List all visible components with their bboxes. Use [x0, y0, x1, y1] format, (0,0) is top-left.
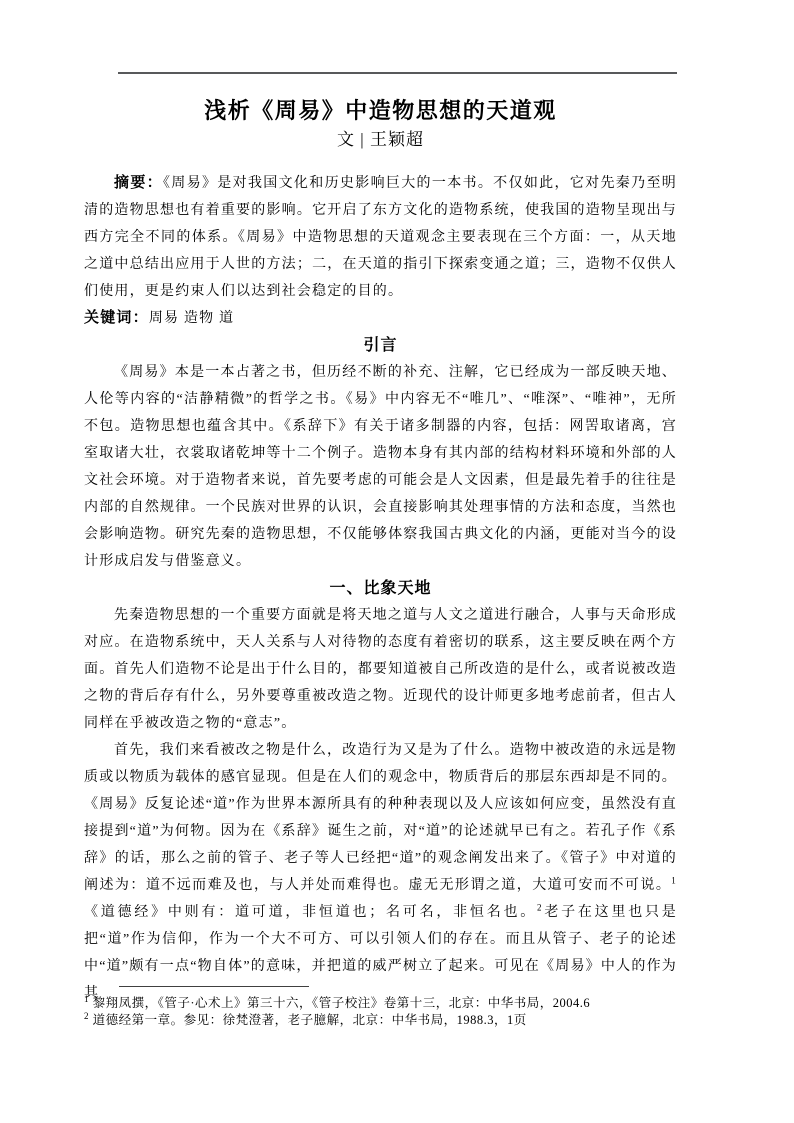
abstract-paragraph: 摘要：《周易》是对我国文化和历史影响巨大的一本书。不仅如此，它对先秦乃至明清的造…: [84, 170, 677, 305]
footnote-item: 2 道德经第一章。参见：徐梵澄著，老子臆解，北京：中华书局，1988.3，1页: [84, 1012, 677, 1029]
sections-container: 引言《周易》本是一本占著之书，但历经不断的补充、注解，它已经成为一部反映天地、人…: [84, 332, 677, 1007]
page-title: 浅析《周易》中造物思想的天道观: [84, 96, 677, 126]
keywords-paragraph: 关键词：周易 造物 道: [84, 305, 677, 332]
header-divider: [118, 72, 677, 74]
section-heading: 引言: [84, 332, 677, 359]
body-paragraph: 首先，我们来看被改之物是什么，改造行为又是为了什么。造物中被改造的永远是物质或以…: [84, 737, 677, 1007]
section-heading: 一、比象天地: [84, 575, 677, 602]
byline: 文 | 王颖超: [84, 126, 677, 154]
footnote-ref: 1: [671, 875, 677, 885]
footnote-divider: [119, 986, 309, 987]
footnote-item: 1 黎翔凤撰，《管子·心术上》第三十六，《管子校注》卷第十三，北京：中华书局，2…: [84, 995, 677, 1012]
footnote-ref: 2: [537, 902, 543, 912]
abstract-text: 《周易》是对我国文化和历史影响巨大的一本书。不仅如此，它对先秦乃至明清的造物思想…: [84, 176, 677, 299]
footnote-marker: 2: [84, 1011, 89, 1021]
abstract-label: 摘要：: [114, 175, 163, 191]
footnote-marker: 1: [84, 994, 89, 1004]
document-page: 浅析《周易》中造物思想的天道观 文 | 王颖超 摘要：《周易》是对我国文化和历史…: [0, 0, 794, 1123]
keywords-text: 周易 造物 道: [149, 311, 234, 326]
body-paragraph: 先秦造物思想的一个重要方面就是将天地之道与人文之道进行融合，人事与天命形成对应。…: [84, 602, 677, 737]
document-content: 浅析《周易》中造物思想的天道观 文 | 王颖超 摘要：《周易》是对我国文化和历史…: [84, 96, 677, 1007]
footnote-area: 1 黎翔凤撰，《管子·心术上》第三十六，《管子校注》卷第十三，北京：中华书局，2…: [84, 986, 677, 1029]
footnotes-container: 1 黎翔凤撰，《管子·心术上》第三十六，《管子校注》卷第十三，北京：中华书局，2…: [84, 995, 677, 1029]
body-paragraph: 《周易》本是一本占著之书，但历经不断的补充、注解，它已经成为一部反映天地、人伦等…: [84, 359, 677, 575]
keywords-label: 关键词：: [84, 310, 149, 326]
